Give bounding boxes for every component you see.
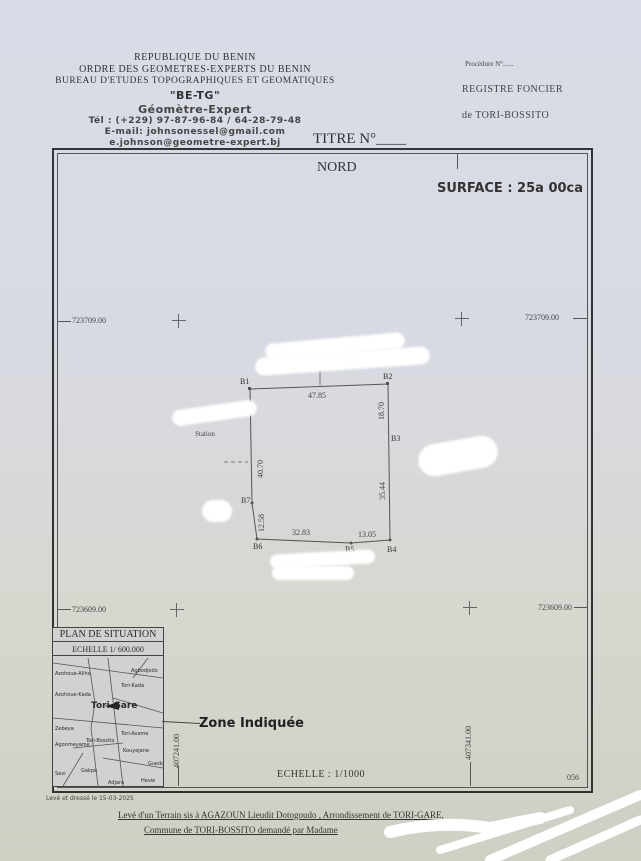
- dim-b5-b6: 32.83: [292, 528, 310, 537]
- place-label: Gakpe: [81, 768, 97, 774]
- place-label: Adjara: [108, 780, 124, 786]
- point-b7: B7: [241, 496, 250, 505]
- coord-x-left: 407241.00: [172, 734, 181, 768]
- place-label: Hevie: [141, 778, 155, 784]
- zone-indiquee-label: Zone Indiquée: [199, 716, 304, 731]
- place-label: Azohoue-Aliho: [55, 671, 91, 677]
- place-label-tori-gare: Tori-Gare: [91, 701, 137, 711]
- dim-b2-b3: 18.70: [377, 402, 386, 420]
- place-label: Savi: [55, 771, 66, 777]
- dim-b7-b1: 40.70: [256, 460, 265, 478]
- redaction-scribble: [380, 790, 641, 861]
- point-b2: B2: [383, 372, 392, 381]
- situation-plan: PLAN DE SITUATION ECHELLE 1/ 600.000 Azo…: [52, 627, 164, 787]
- point-b1: B1: [240, 377, 249, 386]
- place-label: Agbodjedo: [131, 668, 158, 674]
- dim-b6-b7: 12.58: [257, 514, 266, 532]
- grid-tick: [178, 766, 179, 786]
- dim-b3-b4: 35.44: [378, 482, 387, 500]
- point-b3: B3: [391, 434, 400, 443]
- place-label: Agonmeyame: [55, 742, 90, 748]
- coord-x-right: 407341.00: [464, 726, 473, 760]
- point-b6: B6: [253, 542, 262, 551]
- place-label: Azohoue-Kada: [55, 692, 91, 698]
- place-label: Tori-Avame: [121, 731, 149, 737]
- place-label: Kouyejane: [123, 748, 149, 754]
- grid-tick: [470, 762, 471, 786]
- situation-title: PLAN DE SITUATION: [53, 628, 163, 642]
- redaction-mark: [202, 500, 232, 522]
- redaction-mark: [272, 566, 354, 580]
- scale-label: ECHELLE : 1/1000: [277, 769, 365, 780]
- place-label: Tori-Bossito: [86, 738, 114, 744]
- dim-b4-b5: 13.05: [358, 530, 376, 539]
- footer-description-2: Commune de TORI-BOSSITO demandé par Mada…: [144, 825, 338, 835]
- place-label: Zebeya: [55, 726, 74, 732]
- place-label: Guedo: [148, 761, 164, 767]
- dim-b1-b2: 47.85: [308, 391, 326, 400]
- situation-map: [53, 658, 163, 786]
- place-label: Tori-Kada: [121, 683, 144, 689]
- neighbor-label: Station: [195, 430, 215, 438]
- survey-date: Levé et dressé le 15-03-2025: [46, 795, 134, 802]
- situation-scale: ECHELLE 1/ 600.000: [53, 644, 163, 656]
- point-b4: B4: [387, 545, 396, 554]
- sheet-number: 056: [567, 773, 579, 782]
